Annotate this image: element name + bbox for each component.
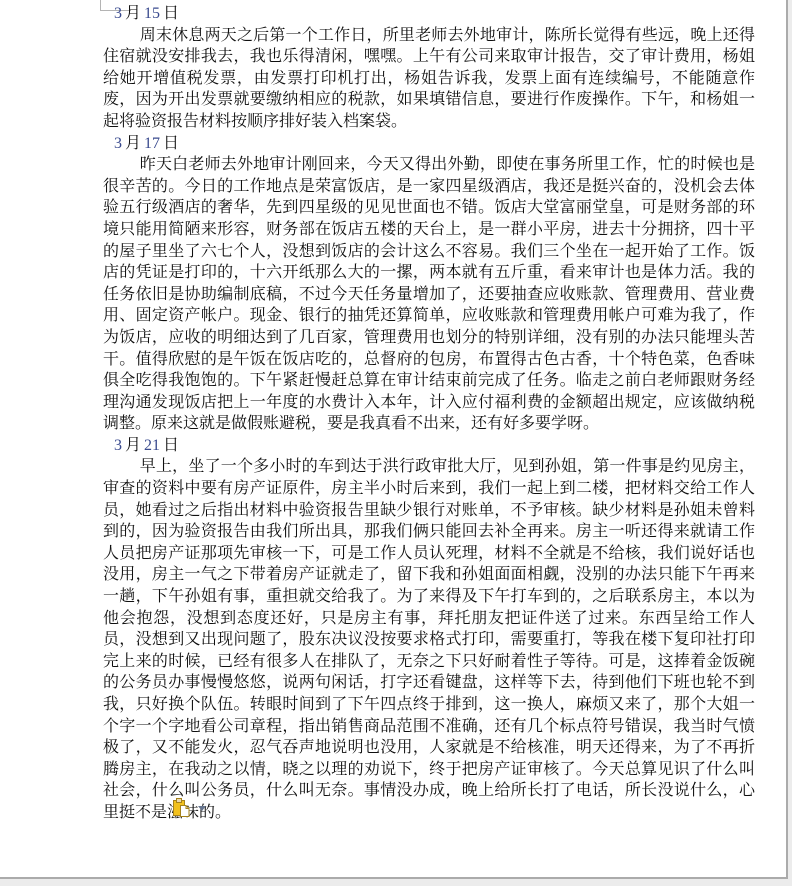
date-month-label: 月	[125, 437, 144, 454]
date-day-label: 日	[163, 437, 182, 454]
paste-options-clipboard-icon	[172, 798, 192, 820]
date-month-number: 3	[114, 135, 125, 152]
chevron-down-icon[interactable]	[198, 806, 206, 811]
paste-options-button[interactable]	[172, 798, 206, 820]
date-month-number: 3	[114, 5, 125, 22]
entry-date-march-21: 3月21日	[103, 435, 755, 457]
date-day-number: 21	[144, 437, 163, 454]
date-day-label: 日	[163, 135, 182, 152]
word-document-view: { "page": { "background": "#ffffff", "ap…	[0, 0, 792, 886]
diary-paragraph: 周末休息两天之后第一个工作日，所里老师去外地审计，陈所长觉得有些远，晚上还得住宿…	[103, 25, 755, 133]
date-month-number: 3	[114, 437, 125, 454]
date-day-label: 日	[163, 5, 182, 22]
date-day-number: 15	[144, 5, 163, 22]
date-day-number: 17	[144, 135, 163, 152]
document-body: 3月15日 周末休息两天之后第一个工作日，所里老师去外地审计，陈所长觉得有些远，…	[103, 3, 755, 824]
date-month-label: 月	[125, 5, 144, 22]
diary-paragraph: 早上，坐了一个多小时的车到达于洪行政审批大厅，见到孙姐，第一件事是约见房主，审查…	[103, 456, 755, 823]
date-month-label: 月	[125, 135, 144, 152]
entry-date-march-15: 3月15日	[103, 3, 755, 25]
entry-date-march-17: 3月17日	[103, 133, 755, 155]
text-boundary-crop-mark	[100, 0, 101, 10]
diary-paragraph: 昨天白老师去外地审计刚回来，今天又得出外勤，即使在事务所里工作，忙的时候也是很辛…	[103, 154, 755, 435]
